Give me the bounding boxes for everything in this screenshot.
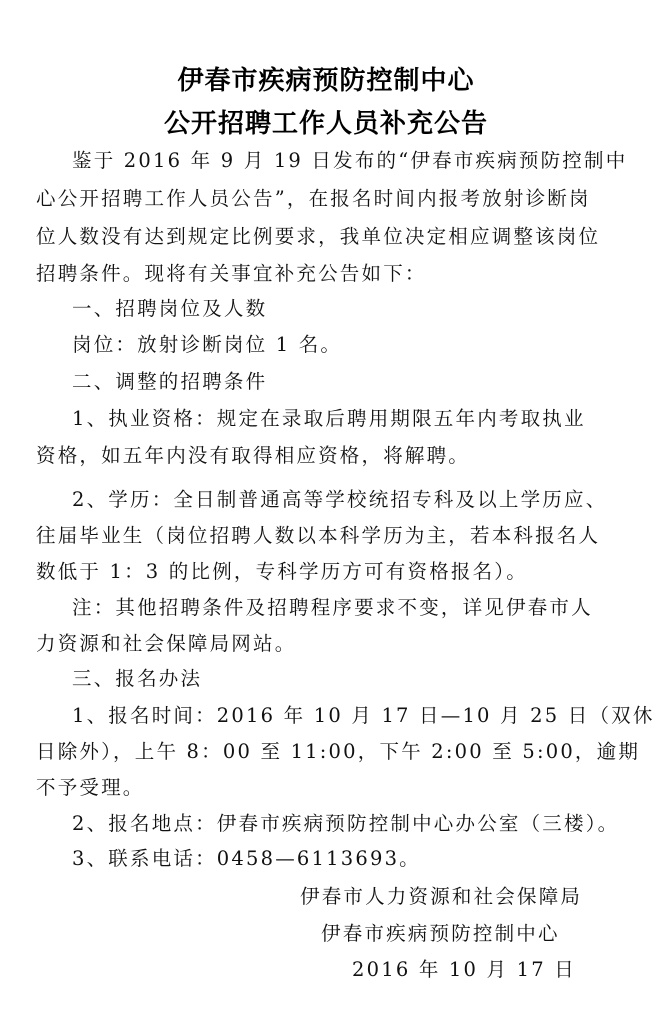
section3-item1-line: 日除外），上午 8：00 至 11:00，下午 2:00 至 5:00，逾期 xyxy=(36,740,616,764)
section2-item1-line: 1、执业资格：规定在录取后聘用期限五年内考取执业 xyxy=(36,407,652,431)
intro-paragraph-line: 鉴于 2016 年 9 月 19 日发布的“伊春市疾病预防控制中 xyxy=(36,149,652,173)
section3-item1-line: 1、报名时间：2016 年 10 月 17 日—10 月 25 日（双休 xyxy=(36,704,652,728)
intro-paragraph-line: 位人数没有达到规定比例要求，我单位决定相应调整该岗位 xyxy=(36,225,616,249)
intro-paragraph-line: 招聘条件。现将有关事宜补充公告如下： xyxy=(36,262,616,286)
section2-heading: 二、调整的招聘条件 xyxy=(36,370,652,394)
document-title-line2: 公开招聘工作人员补充公告 xyxy=(0,103,652,140)
section3-item2: 2、报名地点：伊春市疾病预防控制中心办公室（三楼）。 xyxy=(36,812,652,836)
section3-item1-line: 不予受理。 xyxy=(36,776,616,800)
section1-position: 岗位：放射诊断岗位 1 名。 xyxy=(36,333,652,357)
section2-item2-line: 2、学历：全日制普通高等学校统招专科及以上学历应、 xyxy=(36,488,652,512)
section1-heading: 一、招聘岗位及人数 xyxy=(36,297,652,321)
section2-note-line: 注：其他招聘条件及招聘程序要求不变，详见伊春市人 xyxy=(36,596,652,620)
document-title-line1: 伊春市疾病预防控制中心 xyxy=(0,60,652,97)
intro-paragraph-line: 心公开招聘工作人员公告”，在报名时间内报考放射诊断岗 xyxy=(36,187,616,211)
section2-item2-line: 数低于 1：3 的比例，专科学历方可有资格报名）。 xyxy=(36,560,616,584)
signature-org2: 伊春市疾病预防控制中心 xyxy=(321,918,560,946)
signature-org1: 伊春市人力资源和社会保障局 xyxy=(300,881,582,909)
section2-note-line: 力资源和社会保障局网站。 xyxy=(36,632,616,656)
section2-item1-line: 资格，如五年内没有取得相应资格，将解聘。 xyxy=(36,444,616,468)
section2-item2-line: 往届毕业生（岗位招聘人数以本科学历为主，若本科报名人 xyxy=(36,524,616,548)
section3-heading: 三、报名办法 xyxy=(36,667,652,691)
signature-date: 2016 年 10 月 17 日 xyxy=(352,954,576,982)
section3-item3-phone: 3、联系电话：0458—6113693。 xyxy=(36,847,652,871)
